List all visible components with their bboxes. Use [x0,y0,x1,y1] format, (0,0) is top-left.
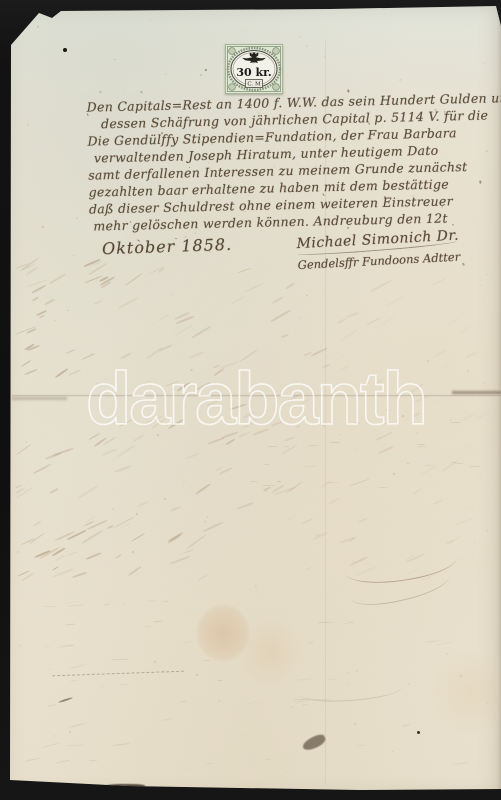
darabanth-watermark: darabanth [86,356,426,441]
paper-hole [63,48,67,52]
fold-crease-shadow [452,391,501,394]
foxing-stain [238,616,302,688]
date-line: Oktober 1858. [102,235,233,259]
document-page: 30 kr. C. M Den Capitals=Rest an 1400 f.… [0,0,501,800]
pencil-scribble [297,676,402,704]
handwritten-body: Den Capitals=Rest an 1400 f. W.W. das se… [87,89,496,234]
ink-blot [301,733,327,753]
stamp-value: 30 kr. [236,66,271,79]
revenue-stamp-30kr: 30 kr. C. M [225,43,283,95]
fold-crease-shadow [12,397,67,400]
ink-dash [58,697,73,704]
photo-background: 30 kr. C. M Den Capitals=Rest an 1400 f.… [0,0,501,800]
ink-speck [417,731,420,734]
stamp-currency: C. M [247,82,261,88]
foxing-stain [430,648,501,738]
edge-smudge [107,784,145,788]
pencil-notation [52,663,184,677]
